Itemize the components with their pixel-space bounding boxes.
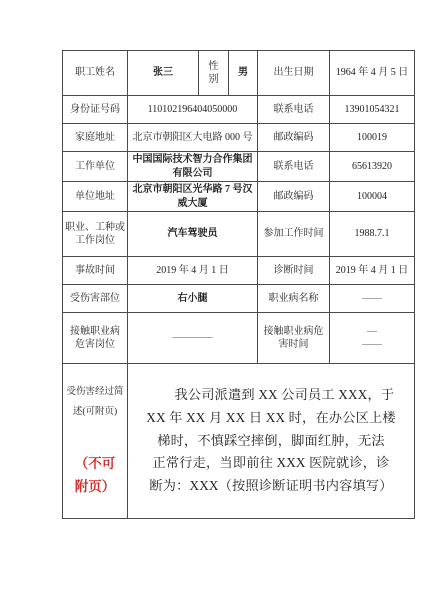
row-worker-name: 职工姓名 张三 性 别 男 出生日期 1964 年 4 月 5 日 bbox=[63, 51, 415, 96]
employer-address-label: 单位地址 bbox=[63, 182, 128, 212]
employer-label: 工作单位 bbox=[63, 152, 128, 182]
accident-time-label: 事故时间 bbox=[63, 257, 128, 285]
injured-part-value: 右小腿 bbox=[128, 285, 258, 313]
injury-report-form: 职工姓名 张三 性 别 男 出生日期 1964 年 4 月 5 日 身份证号码 … bbox=[62, 50, 415, 519]
hazard-post-label: 接触职业病 危害岗位 bbox=[63, 313, 128, 364]
hazard-time-label: 接触职业病危 害时间 bbox=[258, 313, 330, 364]
worker-name-value: 张三 bbox=[128, 51, 199, 96]
row-employer-address: 单位地址 北京市朝阳区光华路 7 号汉威大厦 邮政编码 100004 bbox=[63, 182, 415, 212]
no-attachment-note: （不可 附页） bbox=[65, 453, 125, 499]
contact-phone-label: 联系电话 bbox=[258, 96, 330, 124]
postal-code-label: 邮政编码 bbox=[258, 124, 330, 152]
work-start-value: 1988.7.1 bbox=[330, 212, 415, 257]
diagnosis-time-label: 诊断时间 bbox=[258, 257, 330, 285]
birth-date-value: 1964 年 4 月 5 日 bbox=[330, 51, 415, 96]
disease-name-label: 职业病名称 bbox=[258, 285, 330, 313]
worker-name-label: 职工姓名 bbox=[63, 51, 128, 96]
injured-part-label: 受伤害部位 bbox=[63, 285, 128, 313]
occupation-value: 汽车驾驶员 bbox=[128, 212, 258, 257]
injury-narrative-text: 我公司派遣到 XX 公司员工 XXX，于 XX 年 XX 月 XX 日 XX 时… bbox=[130, 384, 412, 498]
employer-value: 中国国际技术智力合作集团有限公司 bbox=[128, 152, 258, 182]
row-employer: 工作单位 中国国际技术智力合作集团有限公司 联系电话 65613920 bbox=[63, 152, 415, 182]
id-number-value: 110102196404050000 bbox=[128, 96, 258, 124]
diagnosis-time-value: 2019 年 4 月 1 日 bbox=[330, 257, 415, 285]
employer-postal-label: 邮政编码 bbox=[258, 182, 330, 212]
home-address-value: 北京市朝阳区大电路 000 号 bbox=[128, 124, 258, 152]
gender-value: 男 bbox=[229, 51, 258, 96]
work-start-label: 参加工作时间 bbox=[258, 212, 330, 257]
home-address-label: 家庭地址 bbox=[63, 124, 128, 152]
employer-postal-value: 100004 bbox=[330, 182, 415, 212]
row-id-number: 身份证号码 110102196404050000 联系电话 1390105432… bbox=[63, 96, 415, 124]
row-accident-time: 事故时间 2019 年 4 月 1 日 诊断时间 2019 年 4 月 1 日 bbox=[63, 257, 415, 285]
injury-narrative-cell: 我公司派遣到 XX 公司员工 XXX，于 XX 年 XX 月 XX 日 XX 时… bbox=[128, 364, 415, 519]
row-injury-description: 受伤害经过简 述(可附页) （不可 附页） 我公司派遣到 XX 公司员工 XXX… bbox=[63, 364, 415, 519]
row-injured-part: 受伤害部位 右小腿 职业病名称 —— bbox=[63, 285, 415, 313]
disease-name-value: —— bbox=[330, 285, 415, 313]
injury-description-label: 受伤害经过简 述(可附页) bbox=[65, 383, 125, 423]
birth-date-label: 出生日期 bbox=[258, 51, 330, 96]
row-hazard: 接触职业病 危害岗位 ———— 接触职业病危 害时间 — —— bbox=[63, 313, 415, 364]
employer-address-value: 北京市朝阳区光华路 7 号汉威大厦 bbox=[128, 182, 258, 212]
hazard-time-value: — —— bbox=[330, 313, 415, 364]
employer-phone-value: 65613920 bbox=[330, 152, 415, 182]
contact-phone-value: 13901054321 bbox=[330, 96, 415, 124]
hazard-post-value: ———— bbox=[128, 313, 258, 364]
postal-code-value: 100019 bbox=[330, 124, 415, 152]
employer-phone-label: 联系电话 bbox=[258, 152, 330, 182]
occupation-label: 职业、工种或 工作岗位 bbox=[63, 212, 128, 257]
row-home-address: 家庭地址 北京市朝阳区大电路 000 号 邮政编码 100019 bbox=[63, 124, 415, 152]
row-occupation: 职业、工种或 工作岗位 汽车驾驶员 参加工作时间 1988.7.1 bbox=[63, 212, 415, 257]
gender-label: 性 别 bbox=[199, 51, 229, 96]
accident-time-value: 2019 年 4 月 1 日 bbox=[128, 257, 258, 285]
id-number-label: 身份证号码 bbox=[63, 96, 128, 124]
injury-description-header: 受伤害经过简 述(可附页) （不可 附页） bbox=[63, 364, 128, 519]
